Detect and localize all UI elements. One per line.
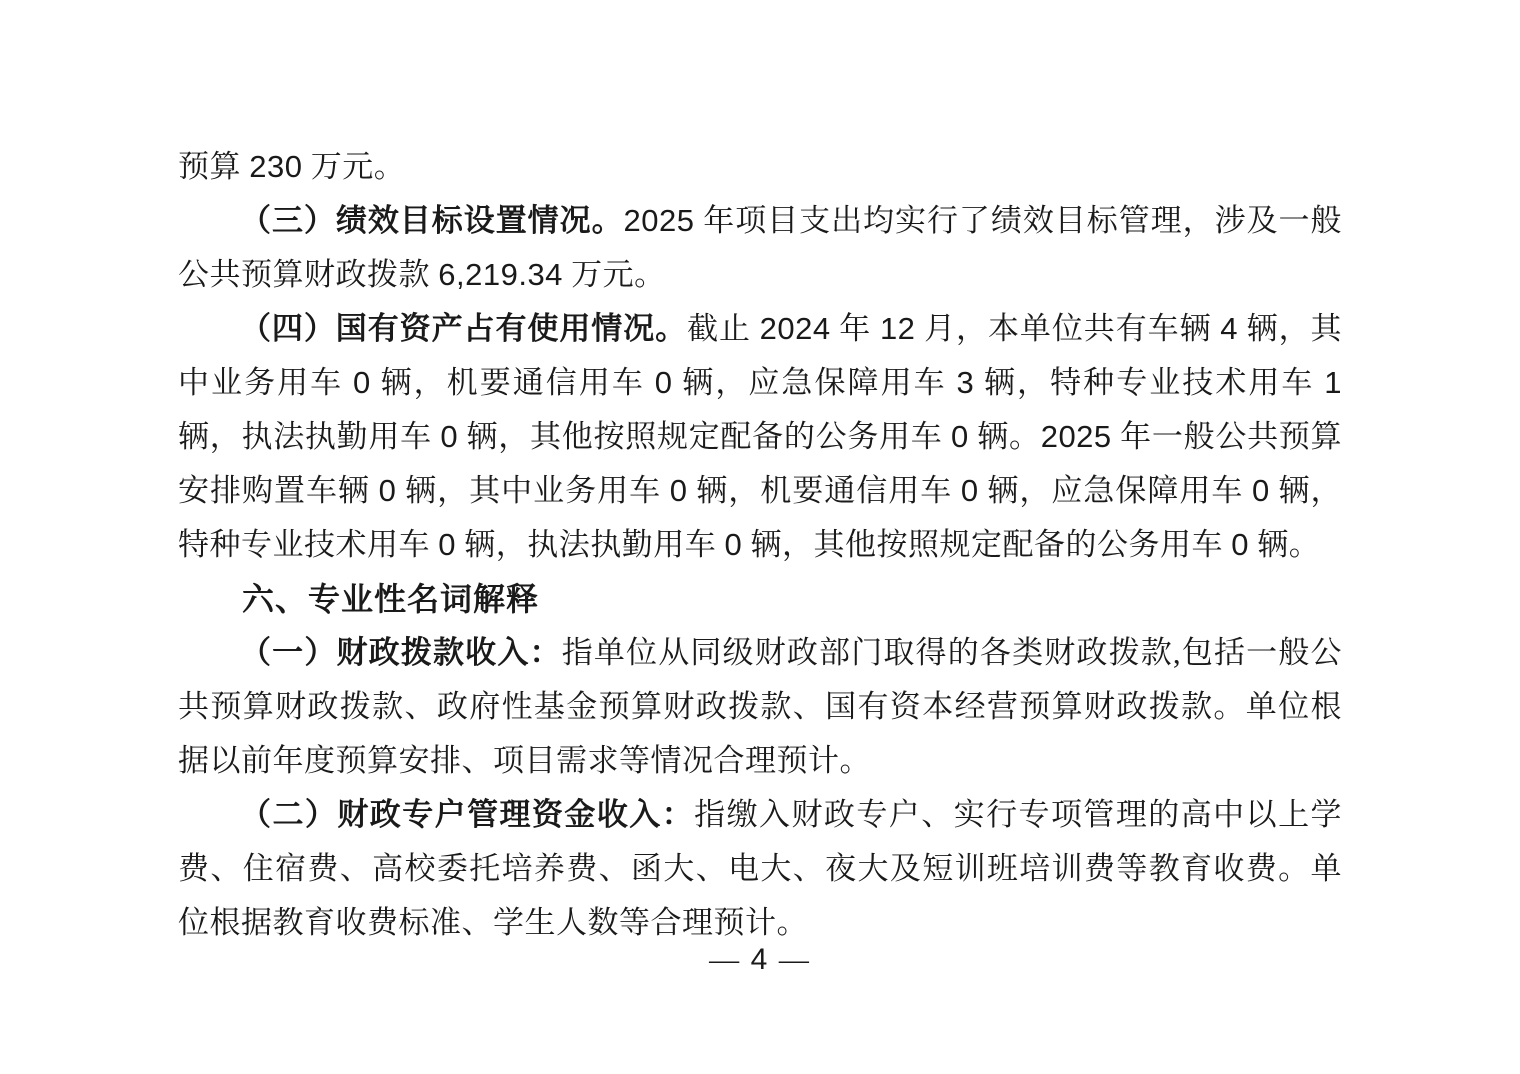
paragraph-lead: （一）财政拨款收入：	[240, 635, 562, 670]
paragraph-text: 预算 230 万元。	[178, 149, 405, 184]
paragraph-lead: （二）财政专户管理资金收入：	[240, 797, 694, 832]
document-page: 预算 230 万元。 （三）绩效目标设置情况。2025 年项目支出均实行了绩效目…	[178, 140, 1342, 950]
paragraph-item-4: （四）国有资产占有使用情况。截止 2024 年 12 月，本单位共有车辆 4 辆…	[178, 302, 1342, 572]
page-number: — 4 —	[0, 933, 1520, 987]
paragraph-text: 截止 2024 年 12 月，本单位共有车辆 4 辆，其中业务用车 0 辆，机要…	[178, 311, 1342, 562]
paragraph-lead: （三）绩效目标设置情况。	[240, 203, 624, 238]
paragraph-term-2: （二）财政专户管理资金收入：指缴入财政专户、实行专项管理的高中以上学费、住宿费、…	[178, 788, 1342, 950]
paragraph-lead: （四）国有资产占有使用情况。	[240, 311, 687, 346]
paragraph-item-3: （三）绩效目标设置情况。2025 年项目支出均实行了绩效目标管理，涉及一般公共预…	[178, 194, 1342, 302]
paragraph-continuation: 预算 230 万元。	[178, 140, 1342, 194]
paragraph-term-1: （一）财政拨款收入：指单位从同级财政部门取得的各类财政拨款,包括一般公共预算财政…	[178, 626, 1342, 788]
section-heading-6: 六、专业性名词解释	[178, 572, 1342, 626]
